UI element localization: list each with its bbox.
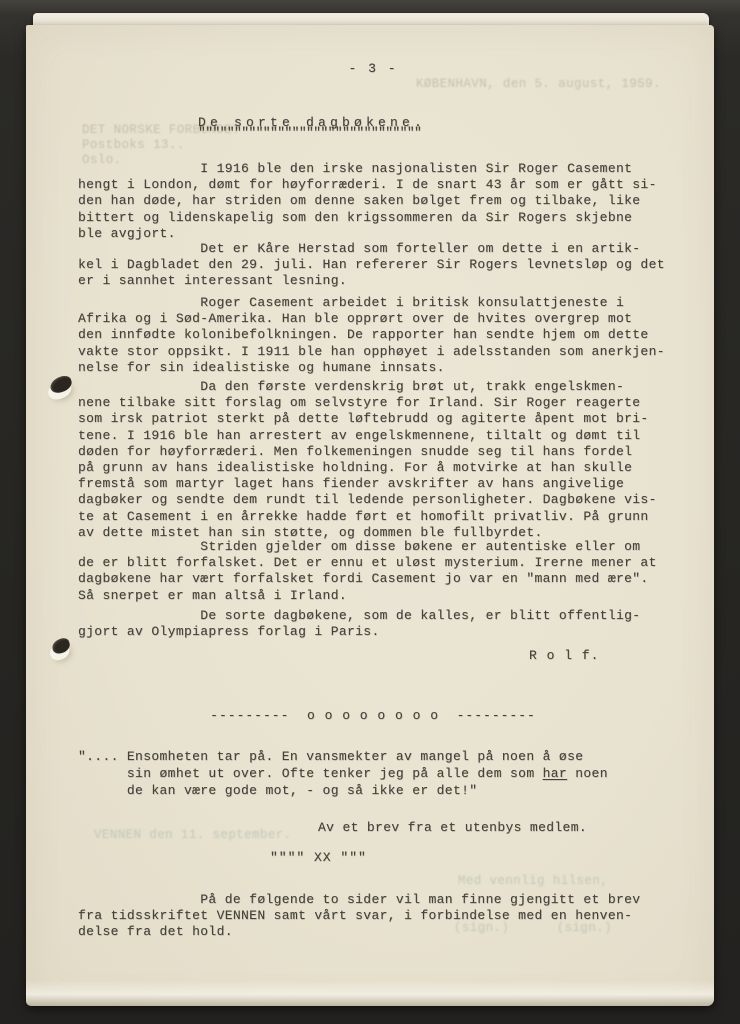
xx-separator: """" XX """	[270, 850, 367, 866]
quote-line-3: de kan være gode mot, - og så ikke er de…	[78, 783, 477, 798]
title-underline: """""""""""""""""""""""""""""""	[198, 125, 421, 141]
quote-attribution: Av et brev fra et utenbys medlem.	[318, 820, 587, 836]
bleedthrough-date: KØBENHAVN, den 5. august, 1959.	[416, 77, 661, 92]
paragraph-6: De sorte dagbøkene, som de kalles, er bl…	[78, 608, 640, 640]
scanned-document: KØBENHAVN, den 5. august, 1959. DET NORS…	[0, 0, 740, 1024]
document-page: KØBENHAVN, den 5. august, 1959. DET NORS…	[26, 25, 714, 1006]
page-number: - 3 -	[78, 61, 668, 77]
closing-paragraph: På de følgende to sider vil man finne gj…	[78, 892, 640, 941]
paragraph-5: Striden gjelder om disse bøkene er auten…	[78, 539, 657, 604]
punch-hole-top	[48, 374, 74, 395]
signature-rolf: R o l f.	[529, 648, 599, 664]
quote-line-2-pre: sin ømhet ut over. Ofte tenker jeg på al…	[78, 766, 543, 781]
punch-hole-bottom	[50, 637, 71, 656]
member-letter-quote: ".... Ensomheten tar på. En vansmekter a…	[78, 748, 608, 800]
paragraph-1: I 1916 ble den irske nasjonalisten Sir R…	[78, 161, 657, 242]
paragraph-3: Roger Casement arbeidet i britisk konsul…	[78, 295, 665, 376]
bleedthrough-greeting: Med vennlig hilsen,	[458, 874, 608, 889]
quote-underlined-word: har	[543, 766, 567, 781]
quote-line-1: ".... Ensomheten tar på. En vansmekter a…	[78, 749, 583, 764]
section-separator: --------- o o o o o o o o ---------	[78, 708, 668, 724]
paragraph-2: Det er Kåre Herstad som forteller om det…	[78, 241, 665, 290]
quote-line-2-post: noen	[567, 766, 608, 781]
paragraph-4: Da den første verdenskrig brøt ut, trakk…	[78, 379, 657, 541]
bleedthrough-vennen: VENNEN den 11. september.	[94, 828, 292, 843]
